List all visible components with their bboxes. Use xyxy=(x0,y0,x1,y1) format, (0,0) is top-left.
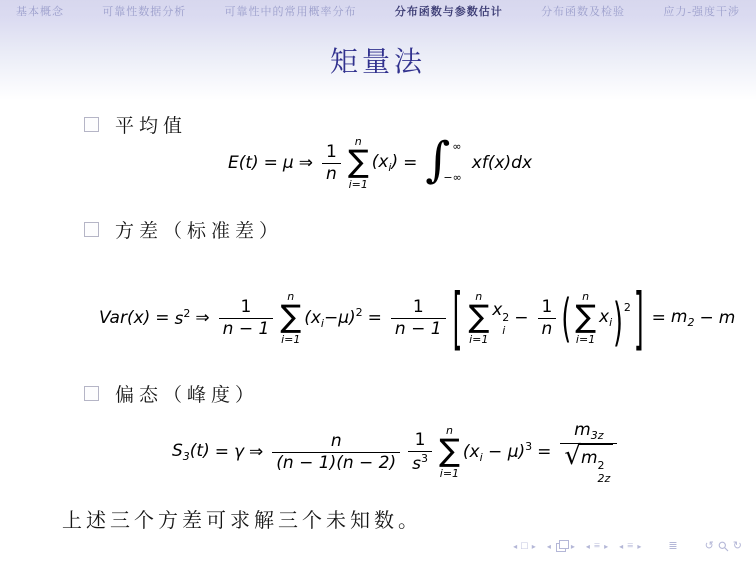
beamer-nav-symbols: ◂ □ ▸ ◂ ▸ ◂ ≡ ▸ ◂ ≡ ▸ ≣ ↺ ↻ xyxy=(513,541,742,552)
fraction-denominator: n − 1 xyxy=(219,318,274,339)
bullet-square-icon xyxy=(84,386,99,401)
left-paren: ( xyxy=(561,292,571,343)
fraction-denominator: √ m22z xyxy=(560,443,617,484)
minus-sign: − xyxy=(694,308,718,328)
integral-lower-limit: −∞ xyxy=(443,172,461,183)
math-lhs: Var(x) xyxy=(99,308,150,328)
section-back-icon[interactable]: ◂ xyxy=(586,543,590,551)
math-gamma: γ xyxy=(234,442,244,462)
implies-arrow: ⇒ xyxy=(244,442,268,462)
bullet-square-icon xyxy=(84,222,99,237)
math-mu: μ xyxy=(283,153,294,173)
fraction-denominator: n xyxy=(538,318,557,339)
math-m-clipped: m xyxy=(719,308,736,328)
nav-item-common-distributions[interactable]: 可靠性中的常用概率分布 xyxy=(225,3,357,19)
fraction: 1 n xyxy=(538,297,557,339)
math-term: (xi−μ)2 xyxy=(304,306,362,330)
equals-sign: = xyxy=(150,308,174,328)
equals-sign: = xyxy=(532,442,556,462)
bullet-variance: 方差（标准差） xyxy=(84,216,283,243)
fraction: n (n − 1)(n − 2) xyxy=(272,431,400,473)
slide-nav-group[interactable]: ◂ □ ▸ xyxy=(513,541,536,552)
fraction-numerator: 1 xyxy=(411,430,430,450)
fraction: 1 n − 1 xyxy=(391,297,446,339)
frame-nav-group[interactable]: ◂ ▸ xyxy=(547,541,575,552)
equals-sign: = xyxy=(259,153,283,173)
nav-item-stress-strength[interactable]: 应力-强度干涉 xyxy=(663,3,740,19)
bullet-skewness-label: 偏态（峰度） xyxy=(115,380,259,407)
slide-title: 矩量法 xyxy=(0,40,756,80)
math-x-i: xi xyxy=(599,307,612,329)
math-term: (xi) xyxy=(372,152,398,174)
frames-icon[interactable] xyxy=(556,543,566,552)
left-bracket: [ xyxy=(453,284,463,352)
nav-item-distribution-parameter-estimation[interactable]: 分布函数与参数估计 xyxy=(395,3,503,19)
bullet-mean: 平均值 xyxy=(84,111,187,138)
math-x-squared-i: x2i xyxy=(492,300,509,336)
frame-forward-icon[interactable]: ▸ xyxy=(571,543,575,551)
sum-symbol: ∑ xyxy=(439,436,460,467)
formula-skewness: S3(t) = γ ⇒ n (n − 1)(n − 2) 1 s3 n ∑ i=… xyxy=(172,417,621,487)
equals-sign: = xyxy=(647,308,671,328)
implies-arrow: ⇒ xyxy=(190,308,214,328)
subsection-forward-icon[interactable]: ▸ xyxy=(637,543,641,551)
beamer-slide: 基本概念 可靠性数据分析 可靠性中的常用概率分布 分布函数与参数估计 分布函数及… xyxy=(0,0,756,567)
subsection-nav-group[interactable]: ◂ ≡ ▸ xyxy=(619,541,641,552)
nav-item-reliability-data-analysis[interactable]: 可靠性数据分析 xyxy=(102,3,186,19)
equals-sign: = xyxy=(398,153,422,173)
find-icon[interactable] xyxy=(718,541,729,552)
bullet-mean-label: 平均值 xyxy=(115,111,187,138)
nav-item-distribution-tests[interactable]: 分布函数及检验 xyxy=(541,3,625,19)
frame-back-icon[interactable]: ◂ xyxy=(547,543,551,551)
math-lhs: E(t) xyxy=(228,153,259,173)
bullet-square-icon xyxy=(84,117,99,132)
subsection-back-icon[interactable]: ◂ xyxy=(619,543,623,551)
search-nav-group[interactable]: ↺ ↻ xyxy=(705,541,742,552)
radical-sign: √ xyxy=(564,443,581,469)
minus-sign: − xyxy=(509,308,533,328)
subsection-list-icon[interactable]: ≡ xyxy=(627,541,633,552)
math-term: (xi − μ)3 xyxy=(463,440,532,464)
fraction: 1 n − 1 xyxy=(219,297,274,339)
bullet-variance-label: 方差（标准差） xyxy=(115,216,283,243)
fraction-numerator: 1 xyxy=(237,297,256,317)
fraction-denominator: (n − 1)(n − 2) xyxy=(272,452,400,473)
slide-icon[interactable]: □ xyxy=(521,541,528,552)
fraction-denominator: s3 xyxy=(408,451,432,474)
math-lhs: S3(t) xyxy=(172,441,210,463)
nav-item-basic-concepts[interactable]: 基本概念 xyxy=(16,3,64,19)
sum-symbol: ∑ xyxy=(280,302,301,333)
presentation-nav-group[interactable]: ≣ xyxy=(668,541,677,552)
summation: n ∑ i=1 xyxy=(575,291,596,344)
fraction-numerator: n xyxy=(327,431,346,451)
section-list-icon[interactable]: ≡ xyxy=(594,541,600,552)
math-integrand: xf(x)dx xyxy=(472,153,532,173)
summation: n ∑ i=1 xyxy=(280,291,301,344)
right-paren-squared: )2 xyxy=(612,301,631,336)
equals-sign: = xyxy=(210,442,234,462)
bullet-skewness: 偏态（峰度） xyxy=(84,380,259,407)
fraction-denominator: n xyxy=(322,163,341,184)
section-nav-group[interactable]: ◂ ≡ ▸ xyxy=(586,541,608,552)
integral-limits: ∞ −∞ xyxy=(450,139,468,187)
equals-sign: = xyxy=(363,308,387,328)
integral: ∫ ∞ −∞ xyxy=(425,139,468,187)
square-root: √ m22z xyxy=(564,444,613,484)
summation: n ∑ i=1 xyxy=(468,291,489,344)
history-forward-icon[interactable]: ↻ xyxy=(733,541,742,552)
fraction-numerator: 1 xyxy=(538,297,557,317)
fraction-numerator: 1 xyxy=(409,297,428,317)
fraction: 1 n xyxy=(322,142,341,184)
presentation-icon[interactable]: ≣ xyxy=(668,541,677,552)
summation: n ∑ i=1 xyxy=(439,425,460,478)
slide-forward-icon[interactable]: ▸ xyxy=(532,543,536,551)
formula-variance: Var(x) = s2 ⇒ 1 n − 1 n ∑ i=1 (xi−μ)2 = … xyxy=(99,272,735,364)
top-navbar: 基本概念 可靠性数据分析 可靠性中的常用概率分布 分布函数与参数估计 分布函数及… xyxy=(0,0,756,21)
formula-mean: E(t) = μ ⇒ 1 n n ∑ i=1 (xi) = ∫ ∞ −∞ xf(… xyxy=(228,130,532,196)
section-forward-icon[interactable]: ▸ xyxy=(604,543,608,551)
closing-sentence: 上述三个方差可求解三个未知数。 xyxy=(62,504,422,533)
fraction-denominator: n − 1 xyxy=(391,318,446,339)
slide-back-icon[interactable]: ◂ xyxy=(513,543,517,551)
fraction: m3z √ m22z xyxy=(560,420,617,483)
right-bracket: ] xyxy=(634,284,644,352)
math-s-squared: s2 xyxy=(175,307,191,329)
math-m2: m2 xyxy=(671,307,695,329)
sum-symbol: ∑ xyxy=(348,147,369,178)
sum-symbol: ∑ xyxy=(575,302,596,333)
implies-arrow: ⇒ xyxy=(294,153,318,173)
fraction: 1 s3 xyxy=(408,430,432,474)
summation: n ∑ i=1 xyxy=(348,136,369,189)
history-back-icon[interactable]: ↺ xyxy=(705,541,714,552)
sum-symbol: ∑ xyxy=(468,302,489,333)
sum-lower-limit: i=1 xyxy=(349,179,368,190)
fraction-numerator: m3z xyxy=(570,420,607,442)
integral-upper-limit: ∞ xyxy=(452,141,470,152)
fraction-numerator: 1 xyxy=(322,142,341,162)
